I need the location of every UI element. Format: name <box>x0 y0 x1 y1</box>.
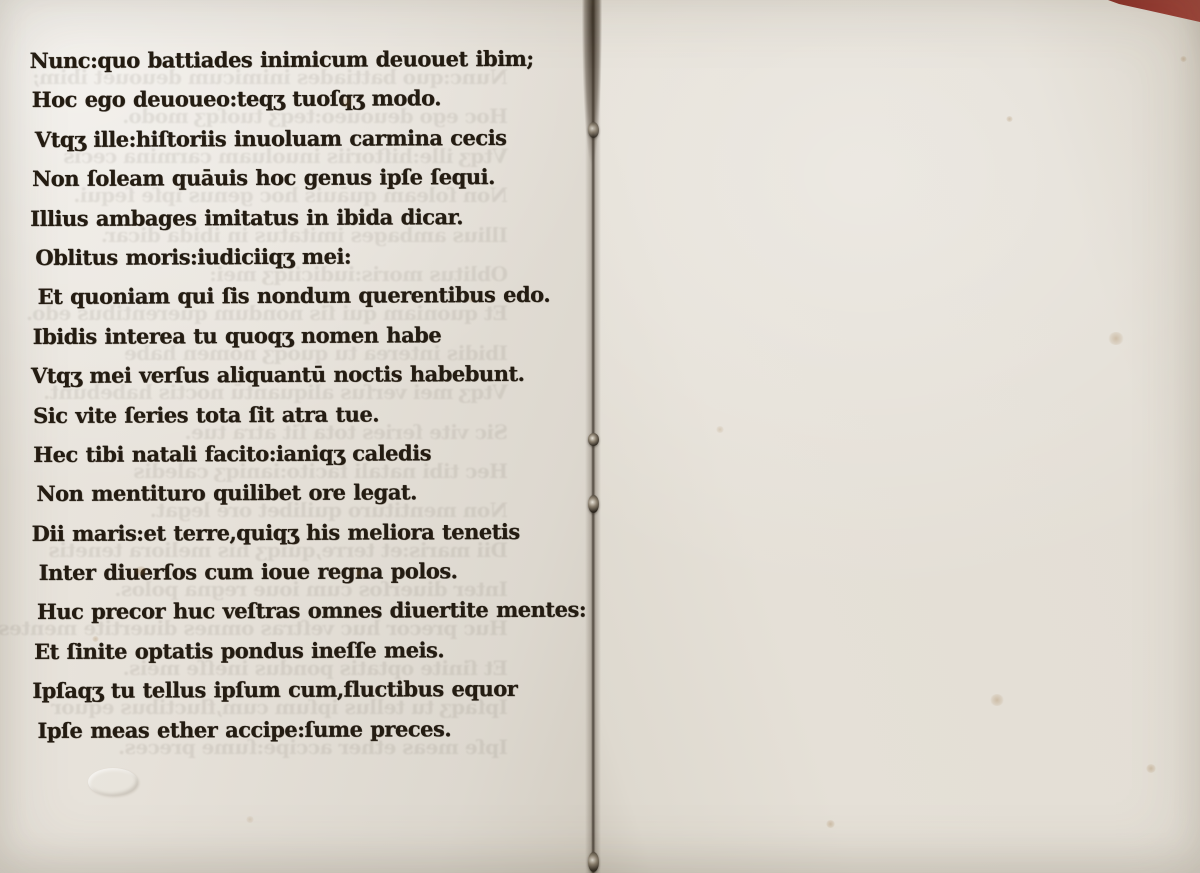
left-page-text: Nunc:quo battiades inimicum deuouet ibim… <box>31 39 504 750</box>
text-line: Ipſaqʒ tu tellus ipſum cum,fluctibus equ… <box>32 669 504 710</box>
text-line: Illius ambages imitatus in ibida dicar. <box>30 197 502 238</box>
book-spread-photo: Nunc:quo battiades inimicum deuouet ibim… <box>0 0 1200 873</box>
left-page: Nunc:quo battiades inimicum deuouet ibim… <box>0 0 593 873</box>
sewing-thread <box>588 852 599 872</box>
text-line: Dii maris:et terre,quiqʒ his meliora ten… <box>32 512 504 553</box>
text-line: Et quoniam qui ſis nondum querentibus ed… <box>37 275 502 316</box>
sewing-thread <box>588 433 599 446</box>
text-line: Nunc:quo battiades inimicum deuouet ibim… <box>29 39 501 80</box>
right-page: Sideraqʒ et radiis circundata ſolis ymag… <box>593 0 1200 873</box>
text-line: Inter diuerſos cum ioue regna polos. <box>39 551 504 592</box>
text-line: Non mentituro quilibet ore legat. <box>36 472 503 513</box>
text-line: Ipſe meas ether accipe:ſume preces. <box>37 709 504 750</box>
sewing-thread <box>588 122 599 138</box>
text-line: Huc precor huc veſtras omnes diuertite m… <box>37 590 504 631</box>
text-line: Sic vite ſeries tota ſit atra tue. <box>33 393 503 434</box>
text-line: Oblitus moris:iudiciiqʒ mei: <box>35 236 502 277</box>
text-line: Hec tibi natali facito:ianiqʒ caledis <box>33 433 503 474</box>
blind-stamp <box>88 768 138 796</box>
text-line: Non ſoleam quāuis hoc genus ipſe ſequi. <box>32 157 502 198</box>
text-line: Vtqʒ ille:hiſtoriis inuoluam carmina cec… <box>35 118 502 159</box>
text-line: Et ſinite optatis pondus ineſſe meis. <box>34 630 504 671</box>
text-line: Vtqʒ mei verſus aliquantū noctis habebun… <box>31 354 503 395</box>
text-line: Hoc ego deuoueo:teqʒ tuoſqʒ modo. <box>32 78 502 119</box>
text-line: Ibidis interea tu quoqʒ nomen habe <box>33 315 503 356</box>
book-gutter-crease <box>579 0 605 215</box>
sewing-thread <box>588 495 599 513</box>
